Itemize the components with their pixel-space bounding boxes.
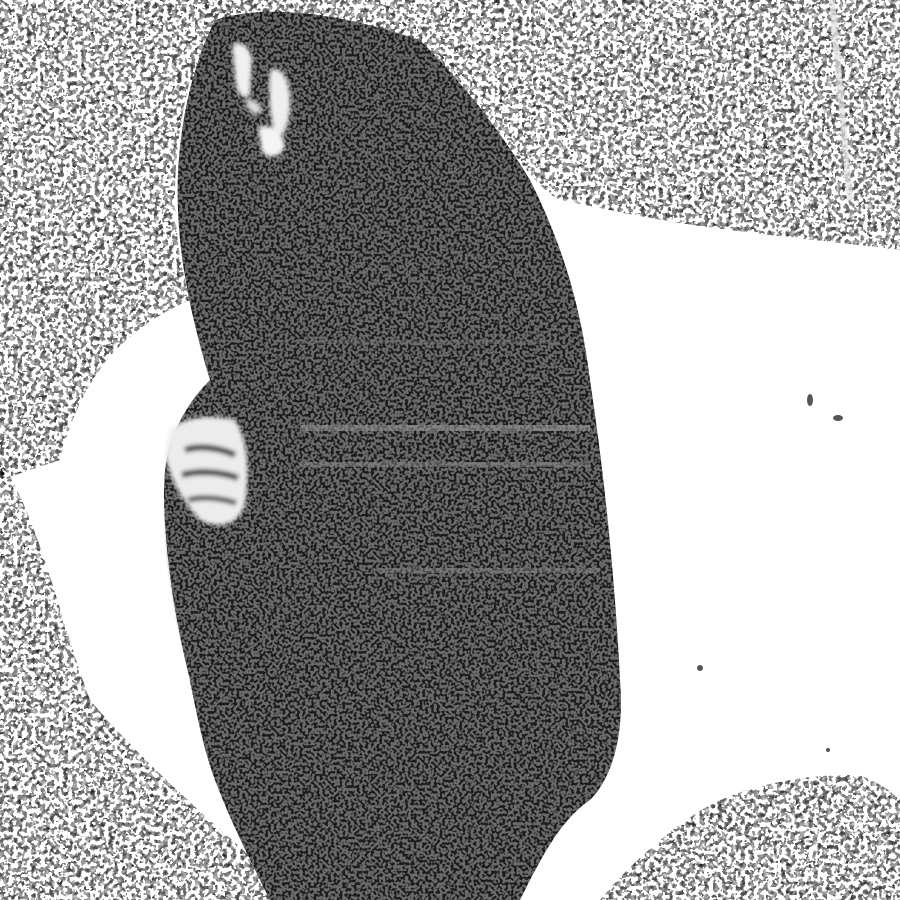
photograph: Degraded high-contrast halftone photogra… (0, 0, 900, 900)
photo-canvas (0, 0, 900, 900)
